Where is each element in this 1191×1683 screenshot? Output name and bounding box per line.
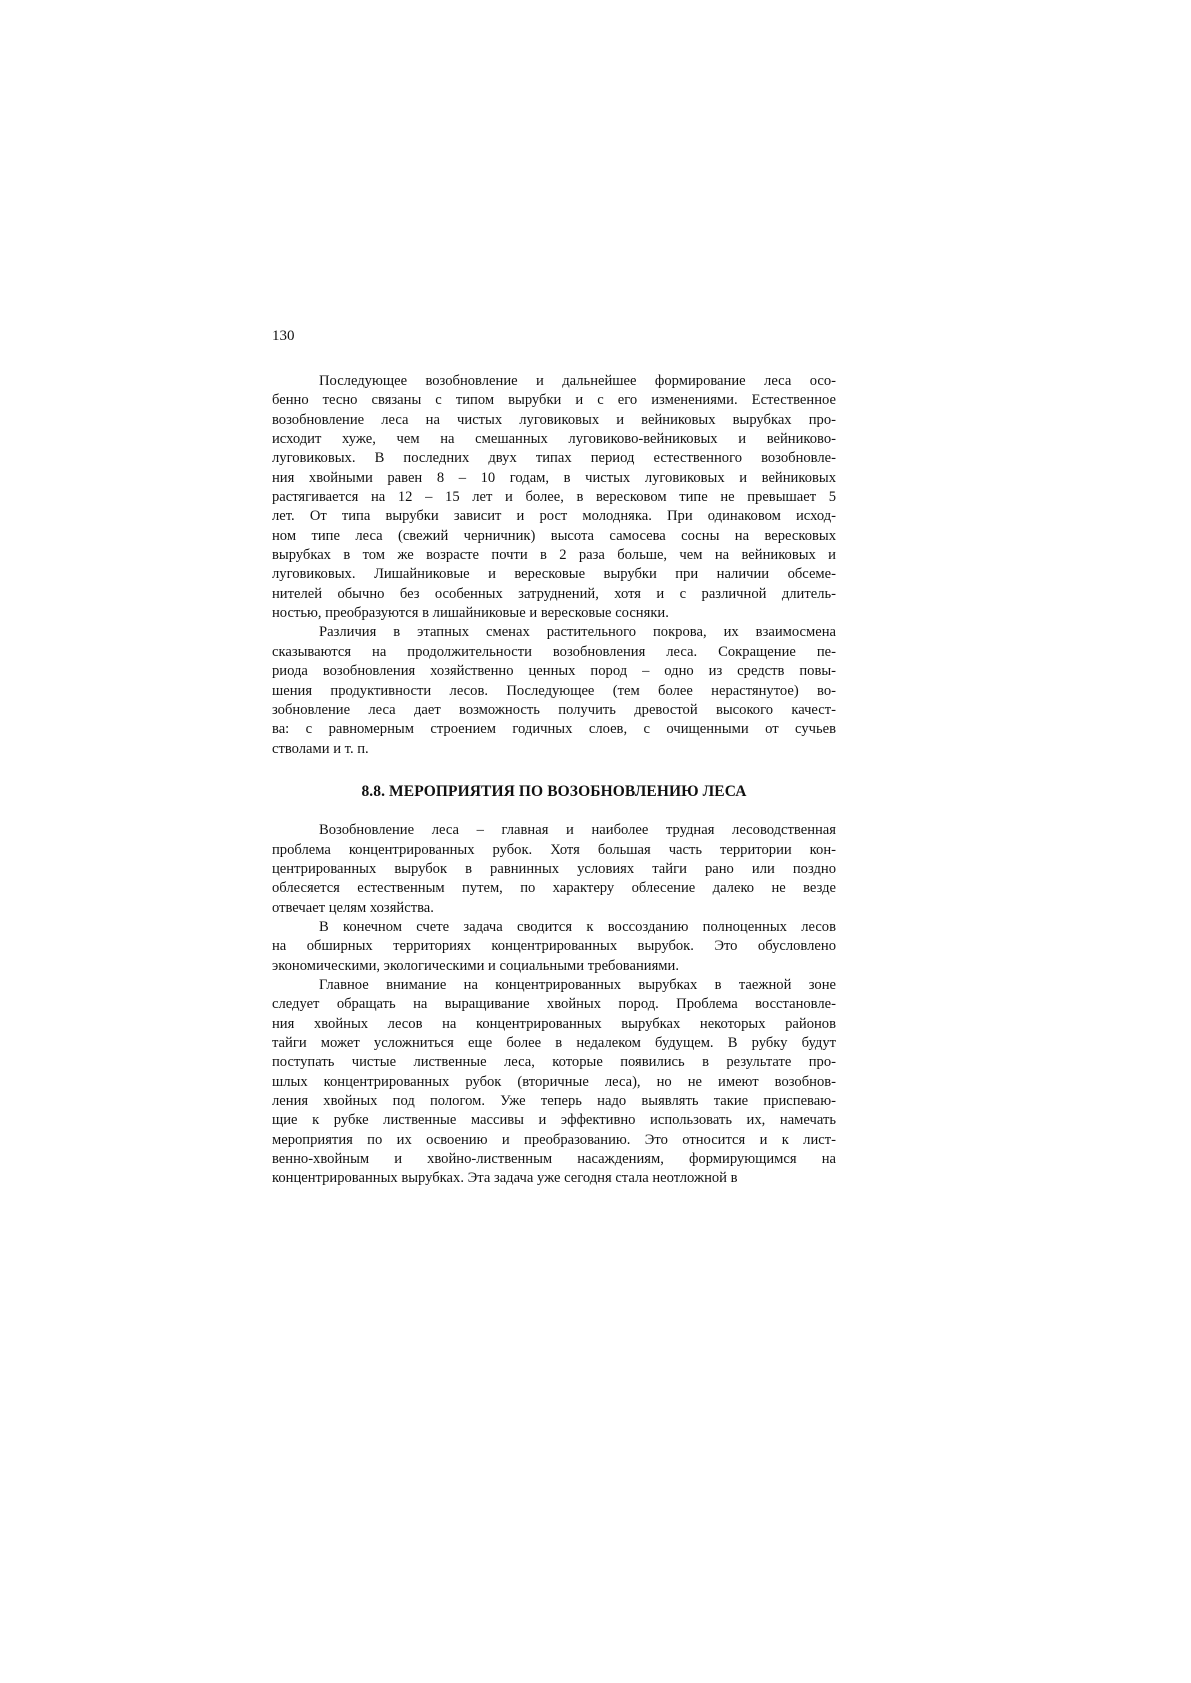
text-line: тайги может усложниться еще более в неда… bbox=[272, 1034, 836, 1053]
text-line: ния хвойными равен 8 – 10 годам, в чисты… bbox=[272, 469, 836, 488]
paragraphs-after-heading: Возобновление леса – главная и наиболее … bbox=[272, 821, 836, 1189]
text-line: поступать чистые лиственные леса, которы… bbox=[272, 1053, 836, 1072]
text-line: ва: с равномерным строением годичных сло… bbox=[272, 720, 836, 739]
text-line: луговиковых. Лишайниковые и вересковые в… bbox=[272, 565, 836, 584]
text-line: венно-хвойным и хвойно-лиственным насажд… bbox=[272, 1150, 836, 1169]
text-line: на обширных территориях концентрированны… bbox=[272, 937, 836, 956]
page-number: 130 bbox=[272, 327, 295, 346]
text-line: мероприятия по их освоению и преобразова… bbox=[272, 1131, 836, 1150]
paragraph: Последующее возобновление и дальнейшее ф… bbox=[272, 372, 836, 623]
paragraph: Главное внимание на концентрированных вы… bbox=[272, 976, 836, 1189]
text-line: проблема концентрированных рубок. Хотя б… bbox=[272, 841, 836, 860]
text-line: щие к рубке лиственные массивы и эффекти… bbox=[272, 1111, 836, 1130]
text-line: стволами и т. п. bbox=[272, 740, 836, 759]
text-line: шлых концентрированных рубок (вторичные … bbox=[272, 1073, 836, 1092]
text-line: экономическими, экологическими и социаль… bbox=[272, 957, 836, 976]
text-line: риода возобновления хозяйственно ценных … bbox=[272, 662, 836, 681]
paragraph: Различия в этапных сменах растительного … bbox=[272, 623, 836, 758]
paragraphs-before-heading: Последующее возобновление и дальнейшее ф… bbox=[272, 372, 836, 759]
text-line: Последующее возобновление и дальнейшее ф… bbox=[272, 372, 836, 391]
text-line: Главное внимание на концентрированных вы… bbox=[272, 976, 836, 995]
text-line: шения продуктивности лесов. Последующее … bbox=[272, 682, 836, 701]
text-line: концентрированных вырубках. Эта задача у… bbox=[272, 1169, 836, 1188]
text-line: луговиковых. В последних двух типах пери… bbox=[272, 449, 836, 468]
text-line: облесяется естественным путем, по характ… bbox=[272, 879, 836, 898]
text-line: нителей обычно без особенных затруднений… bbox=[272, 585, 836, 604]
text-line: центрированных вырубок в равнинных услов… bbox=[272, 860, 836, 879]
text-line: растягивается на 12 – 15 лет и более, в … bbox=[272, 488, 836, 507]
text-line: следует обращать на выращивание хвойных … bbox=[272, 995, 836, 1014]
paragraph: Возобновление леса – главная и наиболее … bbox=[272, 821, 836, 918]
paragraph: В конечном счете задача сводится к воссо… bbox=[272, 918, 836, 976]
text-line: ления хвойных под пологом. Уже теперь на… bbox=[272, 1092, 836, 1111]
text-line: исходит хуже, чем на смешанных луговиков… bbox=[272, 430, 836, 449]
text-line: вырубках в том же возрасте почти в 2 раз… bbox=[272, 546, 836, 565]
text-line: возобновление леса на чистых луговиковых… bbox=[272, 411, 836, 430]
text-line: сказываются на продолжительности возобно… bbox=[272, 643, 836, 662]
text-line: бенно тесно связаны с типом вырубки и с … bbox=[272, 391, 836, 410]
text-line: ностью, преобразуются в лишайниковые и в… bbox=[272, 604, 836, 623]
text-line: Различия в этапных сменах растительного … bbox=[272, 623, 836, 642]
text-line: зобновление леса дает возможность получи… bbox=[272, 701, 836, 720]
text-line: В конечном счете задача сводится к воссо… bbox=[272, 918, 836, 937]
text-line: ном типе леса (свежий черничник) высота … bbox=[272, 527, 836, 546]
text-line: ния хвойных лесов на концентрированных в… bbox=[272, 1015, 836, 1034]
text-line: лет. От типа вырубки зависит и рост моло… bbox=[272, 507, 836, 526]
text-line: Возобновление леса – главная и наиболее … bbox=[272, 821, 836, 840]
page-body: Последующее возобновление и дальнейшее ф… bbox=[272, 372, 836, 1189]
section-heading: 8.8. МЕРОПРИЯТИЯ ПО ВОЗОБНОВЛЕНИЮ ЛЕСА bbox=[272, 782, 836, 801]
text-line: отвечает целям хозяйства. bbox=[272, 899, 836, 918]
